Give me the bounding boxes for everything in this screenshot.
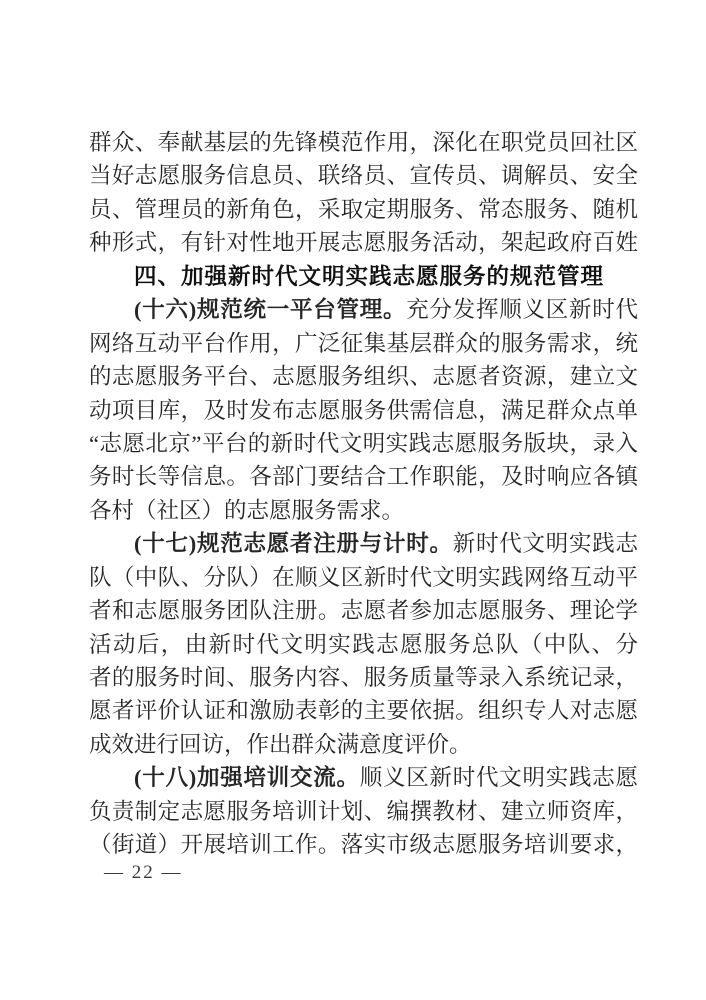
body-line: 动项目库，及时发布志愿服务供需信息，满足群众点单需要。在 bbox=[89, 394, 638, 427]
paragraph-16-lead: (十六)规范统一平台管理。 bbox=[134, 297, 406, 322]
body-line: 群众、奉献基层的先锋模范作用，深化在职党员回社区报到机制， bbox=[89, 126, 638, 159]
body-line: 队（中队、分队）在顺义区新时代文明实践网络互动平台为志愿 bbox=[89, 561, 638, 594]
body-line: 当好志愿服务信息员、联络员、宣传员、调解员、安全员、服务 bbox=[89, 159, 638, 192]
body-line: 负责制定志愿服务培训计划、编撰教材、建立师资库，指导各镇 bbox=[89, 795, 638, 828]
body-line: “志愿北京”平台的新时代文明实践志愿服务版块，录入志愿服 bbox=[89, 427, 638, 460]
body-line: （街道）开展培训工作。落实市级志愿服务培训要求，按照“统 bbox=[89, 828, 638, 861]
body-line: 种形式，有针对性地开展志愿服务活动，架起政府百姓沟通桥梁。 bbox=[89, 226, 638, 259]
body-line: 务时长等信息。各部门要结合工作职能，及时响应各镇（街道）、 bbox=[89, 460, 638, 493]
body-line: 者的服务时间、服务内容、服务质量等录入系统记录，作为对志 bbox=[89, 661, 638, 694]
body-line: 活动后，由新时代文明实践志愿服务总队（中队、分队）将志愿 bbox=[89, 628, 638, 661]
page-content: 群众、奉献基层的先锋模范作用，深化在职党员回社区报到机制， 当好志愿服务信息员、… bbox=[89, 126, 638, 862]
body-line: 员、管理员的新角色，采取定期服务、常态服务、随机服务等多 bbox=[89, 193, 638, 226]
body-line: 成效进行回访，作出群众满意度评价。 bbox=[89, 728, 638, 761]
paragraph-16-first-line: (十六)规范统一平台管理。充分发挥顺义区新时代文明实践 bbox=[89, 293, 638, 326]
body-line: 愿者评价认证和激励表彰的主要依据。组织专人对志愿服务活动 bbox=[89, 694, 638, 727]
paragraph-18-first-line: (十八)加强培训交流。顺义区新时代文明实践志愿服务总队 bbox=[89, 761, 638, 794]
body-line: 的志愿服务平台、志愿服务组织、志愿者资源，建立文明实践活 bbox=[89, 360, 638, 393]
body-line: 网络互动平台作用，广泛征集基层群众的服务需求，统筹好现有 bbox=[89, 327, 638, 360]
body-line: 者和志愿服务团队注册。志愿者参加志愿服务、理论学习培训等 bbox=[89, 594, 638, 627]
paragraph-17-lead: (十七)规范志愿者注册与计时。 bbox=[134, 531, 453, 556]
paragraph-18-lead: (十八)加强培训交流。 bbox=[134, 765, 360, 790]
body-line: 各村（社区）的志愿服务需求。 bbox=[89, 494, 638, 527]
page-number: — 22 — bbox=[104, 860, 183, 886]
document-page: 群众、奉献基层的先锋模范作用，深化在职党员回社区报到机制， 当好志愿服务信息员、… bbox=[0, 0, 706, 1000]
paragraph-17-first-line: (十七)规范志愿者注册与计时。新时代文明实践志愿服务总 bbox=[89, 527, 638, 560]
section-heading: 四、加强新时代文明实践志愿服务的规范管理 bbox=[89, 260, 638, 293]
